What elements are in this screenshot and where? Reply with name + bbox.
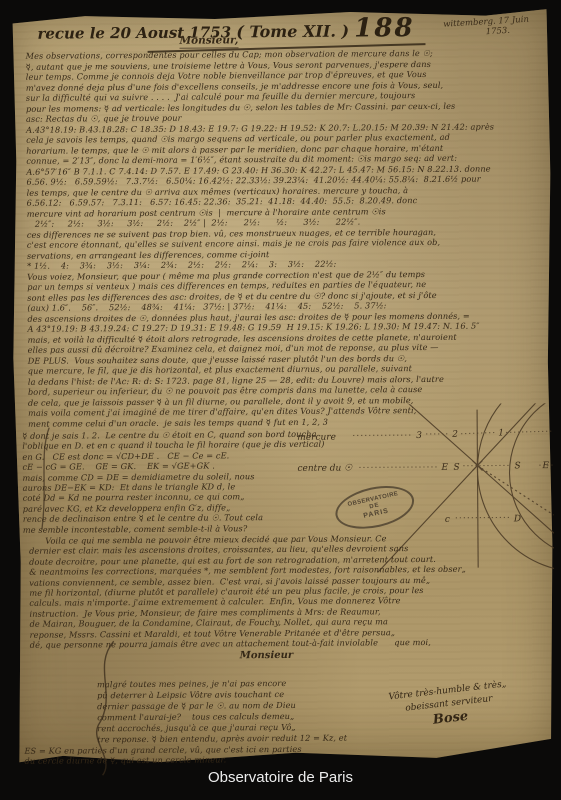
manuscript-line: me semble incontestable, coment semble-t…	[23, 522, 328, 535]
closing-address: Monsieur	[240, 650, 293, 661]
mercury-track-label: mercure	[297, 433, 336, 443]
postscript: malgré toutes mes peines, je n'ai pas en…	[97, 677, 397, 745]
point-s-label: S	[453, 463, 459, 473]
margin-squiggle-stroke	[88, 637, 123, 777]
point-e-label: E	[440, 463, 448, 473]
letter-body-part1: Mes observations, correspondentes pour c…	[26, 47, 537, 429]
point-s2-label: S	[514, 461, 520, 471]
point-2-label: 2	[451, 430, 458, 440]
point-1-label: 1	[498, 428, 504, 438]
crossing-star-mark	[472, 459, 482, 473]
point-d-label: D	[513, 514, 521, 524]
stamp-line-3: PARIS	[363, 507, 390, 520]
letter-body-part2: Voila ce qui me sembla ne pouvoir être m…	[29, 532, 538, 650]
point-3-label: 3	[416, 431, 422, 441]
sun-centre-track-label: centre du ☉	[297, 463, 353, 473]
manuscript-line: du cercle diurne de ☿, qui est un cercle…	[24, 754, 384, 767]
volume-note: ( Tome XII. )	[236, 22, 349, 42]
letter-equations: ☿ dont je sais 1. 2. Le centre du ☉ étoi…	[22, 429, 328, 535]
photo-caption: Observatoire de Paris	[0, 769, 561, 786]
salutation: Monsieur,	[179, 34, 238, 48]
dotted-chord-line	[477, 465, 553, 516]
manuscript-scan-photo: recue le 20 Aoust 1753 ( Tome XII. ) 188…	[0, 0, 561, 800]
postscript-margin-note: ES = KG en parties d'un grand cercle, vû…	[24, 743, 384, 766]
archive-annotation: recue le 20 Aoust 1753 ( Tome XII. ) 188	[37, 13, 457, 46]
point-e2-label: E	[541, 461, 549, 471]
scan-area: recue le 20 Aoust 1753 ( Tome XII. ) 188…	[0, 0, 561, 800]
point-c-label: c	[445, 515, 450, 525]
page-number: 188	[354, 13, 414, 43]
